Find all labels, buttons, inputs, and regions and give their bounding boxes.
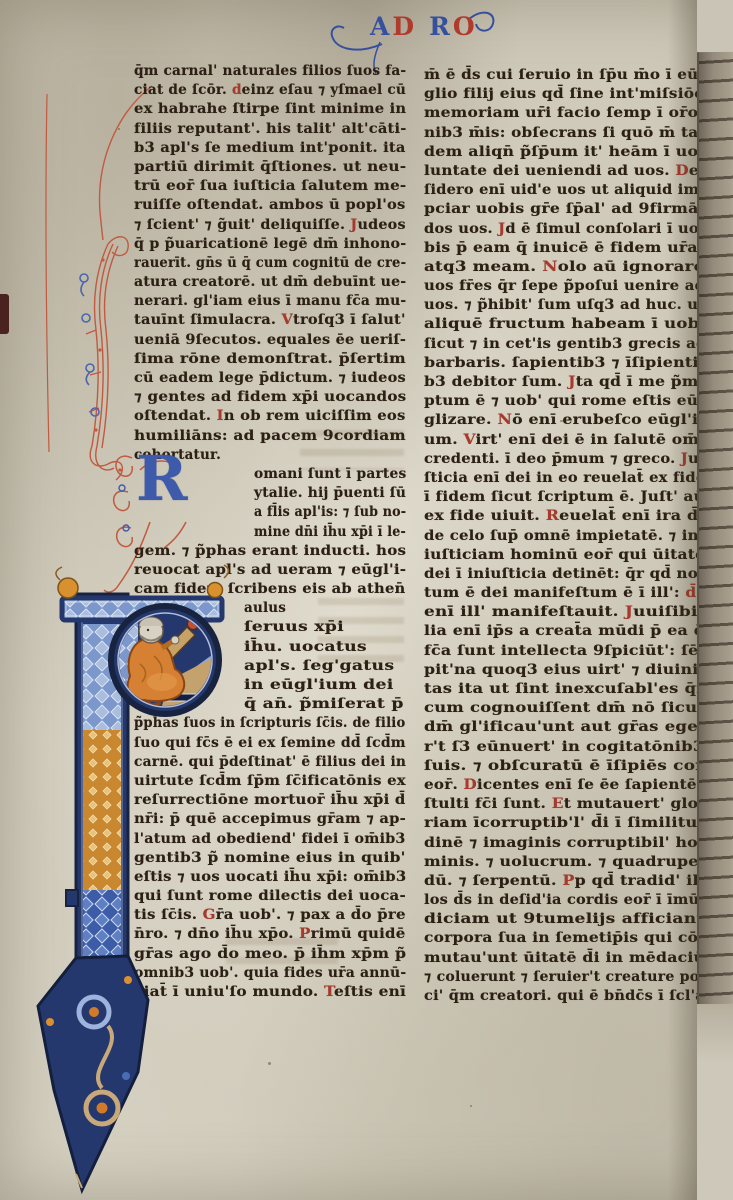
text-line: ci' q̄m creatori. qui ē bn̄dc̄s ī ſcl'a xyxy=(424,988,705,1007)
text-line: l'atum ad obediend' fidei ī om̄ib3 xyxy=(134,831,406,850)
rubricated-letter: V xyxy=(464,432,476,448)
text-run: r̄a uob'. ⁊ pax a d̄o p̄re xyxy=(216,907,406,923)
text-run: carnē. qui p̄deſtinat' ē filius dei in xyxy=(134,754,406,770)
text-line: nib3 m̄is: obſecrans ſi quō m̄ ta- xyxy=(424,125,705,144)
text-line: rauerīt. gn̄s ū q̄ cum cognitū de cre- xyxy=(134,255,406,274)
text-run: nib3 m̄is: obſecrans ſi quō m̄ ta- xyxy=(424,125,705,141)
text-run: a fl̄is apl'is: ⁊ ſub no- xyxy=(254,504,406,520)
text-run: memoriam ur̄i facio ſemp ī or̄o- xyxy=(424,105,705,121)
text-run: omnib3 uob'. quia fides ur̄a annū- xyxy=(134,965,406,981)
text-run: apl's. ſeg'gatus xyxy=(244,658,394,674)
text-line: corpora ſua in ſemetip̄is qui cō- xyxy=(424,930,705,949)
rubricated-letter: N xyxy=(542,259,557,275)
text-line: ptum ē ⁊ uob' qui rome eſtis eū- xyxy=(424,393,705,412)
text-run: partiū dirimit q̄ſtiones. ut neu- xyxy=(134,159,406,175)
text-run: uos fr̄es q̄r ſepe p̃poſui uenire ad xyxy=(424,278,705,294)
tail-vine xyxy=(98,1026,112,1088)
text-line: riam īcorruptib'l' d̄i ī ſimilitu- xyxy=(424,815,705,834)
text-run: dinē ⁊ imaginis corruptibil' ho- xyxy=(424,835,705,851)
text-run: dem aliqn̄ p̃ſp̄um it' heām ī uo- xyxy=(424,144,705,160)
text-run: uirtute ſcd̄m ſp̄m ſc̄ificatōnis ex xyxy=(134,773,406,789)
rubricated-letter: R xyxy=(546,508,559,524)
text-run: ſidero enī uid'e uos ut aliquid im- xyxy=(424,182,705,198)
rubricated-letter: P xyxy=(299,926,310,942)
rubricated-letter: D xyxy=(463,777,476,793)
binding-mark xyxy=(0,294,9,334)
text-line: ſima rōne demonſtrat. p̄ſertim xyxy=(134,351,406,370)
text-run: mine dn̄i ih̄u xp̄i ī le- xyxy=(254,524,406,540)
rubricated-letter: G xyxy=(203,907,216,923)
text-run: ⁊ gentes ad fidem xp̄i uocandos xyxy=(134,389,406,405)
text-run: luntate dei ueniendi ad uos. xyxy=(424,163,675,179)
text-run: aulus xyxy=(244,600,286,616)
text-line: tauīnt ſimulacra. Vtroſq3 ī ſalut' xyxy=(134,312,406,331)
text-run: troſq3 ī ſalut' xyxy=(293,312,406,328)
text-run: enī ill' manifeſtauit. xyxy=(424,604,625,620)
text-run: pit'na quoq3 eius uirt' ⁊ diuini- xyxy=(424,662,705,678)
text-run: atq3 meam. xyxy=(424,259,542,275)
rubricated-letter: I xyxy=(217,408,224,424)
text-line: memoriam ur̄i facio ſemp ī or̄o- xyxy=(424,105,705,124)
text-run: gr̄as ago d̄o meo. p̄ ih̄m xp̄m p̃ xyxy=(134,946,406,962)
text-line: nr̄i: p̄ quē accepimus gr̄am ⁊ ap- xyxy=(134,811,406,830)
initial-r: R xyxy=(136,448,188,510)
text-line: diciam ut 9tumelijs afficiant xyxy=(424,911,705,930)
rubricated-letter: J xyxy=(498,221,505,237)
text-line: ueniā 9ſecutos. equales ēe ueriſ- xyxy=(134,332,406,351)
text-line: ſicut ⁊ in cet'is gentib3 grecis ac xyxy=(424,336,705,355)
stain-dot xyxy=(268,1062,271,1065)
text-line: aulus xyxy=(134,600,406,619)
tail-spiral xyxy=(86,1092,118,1124)
text-line: atq3 meam. Nolo aū ignorare xyxy=(424,259,705,278)
text-line: fc̄a ſunt intellecta 9ſpiciūt': ſē- xyxy=(424,643,705,662)
text-run: rimū quidē xyxy=(311,926,406,942)
text-run: diciam ut 9tumelijs afficiant xyxy=(424,911,705,927)
red-penwork-dots xyxy=(94,258,121,471)
text-run: iuſticiam hominū eor̄ qui ūitatē xyxy=(424,547,705,563)
text-run: udeos xyxy=(357,217,405,233)
text-line: pit'na quoq3 eius uirt' ⁊ diuini- xyxy=(424,662,705,681)
stain-dot xyxy=(470,1105,472,1107)
text-run: eor̄. xyxy=(424,777,463,793)
running-header: ADRO xyxy=(370,12,476,42)
text-run: ⁊ coluerunt ⁊ ſeruier't creature po- xyxy=(424,969,705,985)
text-line: mutau'unt ūitatē d̄i in mēdaciū xyxy=(424,950,705,969)
text-line: atura creatorē. ut dm̄ debuīnt ue- xyxy=(134,274,406,293)
text-run: b3 apl's ſe medium int'ponit. ita xyxy=(134,140,406,156)
text-run: pciar uobis gr̄e ſp̄al' ad 9firmā- xyxy=(424,201,705,217)
text-run: de celo ſup̄ omnē impietatē. ⁊ in- xyxy=(424,528,705,544)
text-run: gem. ⁊ p̃phas erant inducti. hos xyxy=(134,543,406,559)
text-line: cū eadem lege p̄dictum. ⁊ iudeos xyxy=(134,370,406,389)
text-run: ruiſſe oſtendat. ambos ū popl'os xyxy=(134,197,406,213)
text-run: cū eadem lege p̄dictum. ⁊ iudeos xyxy=(134,370,406,386)
text-line: qui ſunt rome dilectis dei uoca- xyxy=(134,888,406,907)
text-line: los d̄s in deſid'ia cordis eor̄ ī īmū- xyxy=(424,892,705,911)
text-run: atura creatorē. ut dm̄ debuīnt ue- xyxy=(134,274,406,290)
text-line: b3 apl's ſe medium int'ponit. ita xyxy=(134,140,406,159)
text-line: nerari. gl'iam eius ī manu fc̄a mu- xyxy=(134,293,406,312)
text-run: ſtulti fc̄i ſunt. xyxy=(424,796,552,812)
text-line: uos. ⁊ p̃hibit' ſum uſq3 ad huc. ut xyxy=(424,297,705,316)
text-run: nerari. gl'iam eius ī manu fc̄a mu- xyxy=(134,293,406,309)
initial-r-blue-accents xyxy=(119,485,129,531)
text-run: mutau'unt ūitatē d̄i in mēdaciū xyxy=(424,950,705,966)
text-line: ⁊ coluerunt ⁊ ſeruier't creature po- xyxy=(424,969,705,988)
text-line: bis p̄ eam q̄ inuicē ē fidem ur̄a- xyxy=(424,240,705,259)
text-run: uos. ⁊ p̃hibit' ſum uſq3 ad huc. ut xyxy=(424,297,705,313)
text-run: in eūgl'ium dei xyxy=(244,677,394,693)
text-line: tas ita ut ſint inexcuſabl'es q̄r xyxy=(424,681,705,700)
text-line: ex fide uiuit. Reuelat̄ enī ira d̄i xyxy=(424,508,705,527)
text-run: bis p̄ eam q̄ inuicē ē fidem ur̄a- xyxy=(424,240,704,256)
text-run: um. xyxy=(424,432,464,448)
text-run: ci' q̄m creatori. qui ē bn̄dc̄s ī ſcl'a xyxy=(424,988,705,1004)
text-run: q̄ p p̃uaricationē legē dm̄ inhono- xyxy=(134,236,406,252)
fore-edge-strip xyxy=(697,0,733,1200)
text-line: ruiſſe oſtendat. ambos ū popl'os xyxy=(134,197,406,216)
text-run: ī fidem ſicut ſcriptum ē. Juſt' aū xyxy=(424,489,705,505)
text-line: dem aliqn̄ p̃ſp̄um it' heām ī uo- xyxy=(424,144,705,163)
text-line: gr̄as ago d̄o meo. p̄ ih̄m xp̄m p̃ xyxy=(134,946,406,965)
text-run: riam īcorruptib'l' d̄i ī ſimilitu- xyxy=(424,815,705,831)
text-line: reuocat apl's ad ueram ⁊ eūgl'i- xyxy=(134,562,406,581)
text-run: credenti. ī deo p̄mum ⁊ greco. xyxy=(424,451,681,467)
text-run: reuocat apl's ad ueram ⁊ eūgl'i- xyxy=(134,562,406,578)
text-line: dos uos. Jd ē ſimul conſolari ī uo- xyxy=(424,221,705,240)
text-run: qui ſunt rome dilectis dei uoca- xyxy=(134,888,406,904)
text-run: gentib3 p̃ nomine eius in quib' xyxy=(134,850,406,866)
text-run: dm̄ gl'ificau'unt aut gr̄as ege- xyxy=(424,719,705,735)
text-run: aliquē fructum habeam ī uob' xyxy=(424,316,705,332)
text-run: einz eſau ⁊ yſmael cū xyxy=(242,82,406,98)
text-line: minis. ⁊ uolucrum. ⁊ quadrupe- xyxy=(424,854,705,873)
text-run: ſuo qui fc̄s ē ei ex ſemine dd̄ ſcd̄m xyxy=(134,735,406,751)
text-run: b3 debitor ſum. xyxy=(424,374,568,390)
text-run: ytalie. hij p̄uenti ſū xyxy=(254,485,406,501)
header-letter: A xyxy=(370,12,390,42)
text-run: lia enī ip̄s a creat̄a mūdi p̄ ea q̄ xyxy=(424,623,705,639)
text-run: tum ē dei manifeſtum ē ī ill': xyxy=(424,585,685,601)
text-run: minis. ⁊ uolucrum. ⁊ quadrupe- xyxy=(424,854,705,870)
text-line: ſuis. ⁊ obſcuratū ē īſipiēs cor xyxy=(424,758,705,777)
rubricated-letter: P xyxy=(563,873,575,889)
text-run: ſicut ⁊ in cet'is gentib3 grecis ac xyxy=(424,336,705,352)
header-letter: R xyxy=(429,12,451,42)
text-line: dū. ⁊ ſerpentū. Pp qd̄ tradid' il- xyxy=(424,873,705,892)
text-run: p̃phas ſuos in ſcripturis ſc̄is. de fili… xyxy=(134,715,405,731)
text-run: eſtis ⁊ uos uocati ih̄u xp̄i: om̄ib3 xyxy=(134,869,406,885)
text-line: oſtendat. In ob rem uiciſſim eos xyxy=(134,408,406,427)
initial-p-tail xyxy=(38,956,148,1190)
text-run: ptum ē ⁊ uob' qui rome eſtis eū- xyxy=(424,393,705,409)
text-line: ſticia enī dei in eo reuelat̄ ex fide xyxy=(424,470,705,489)
text-line: b3 debitor ſum. Jta qd̄ ī me p̃m- xyxy=(424,374,705,393)
text-line: lia enī ip̄s a creat̄a mūdi p̄ ea q̄ xyxy=(424,623,705,642)
text-line: ſeruus xp̄i xyxy=(134,619,406,638)
text-run: q̄m carnal' naturales filios ſuos fa- xyxy=(134,63,406,79)
text-run: tis ſc̄is. xyxy=(134,907,203,923)
text-line: apl's. ſeg'gatus xyxy=(134,658,406,677)
text-line: trū eor̄ ſua iuſticia ſalutem me- xyxy=(134,178,406,197)
text-line: ⁊ gentes ad fidem xp̄i uocandos xyxy=(134,389,406,408)
text-line: ⁊ ſcient' ⁊ g̃uit' deliquiſſe. Judeos xyxy=(134,217,406,236)
text-line: in eūgl'ium dei xyxy=(134,677,406,696)
text-run: fc̄a ſunt intellecta 9ſpiciūt': ſē- xyxy=(424,643,705,659)
text-run: dei ī iniuſticia detinēt: q̄r qd̄ no- xyxy=(424,566,704,582)
text-line: dm̄ gl'ificau'unt aut gr̄as ege- xyxy=(424,719,705,738)
text-line: gentib3 p̃ nomine eius in quib' xyxy=(134,850,406,869)
text-line: uos fr̄es q̄r ſepe p̃poſui uenire ad xyxy=(424,278,705,297)
text-run: glizare. xyxy=(424,412,497,428)
text-line: cum cognouiſſent dm̄ nō ſicut xyxy=(424,700,705,719)
text-line: ſtulti fc̄i ſunt. Et mutauert' glo- xyxy=(424,796,705,815)
header-letter: D xyxy=(392,12,415,42)
tail-spiral xyxy=(79,997,109,1027)
text-line: q̄ p p̃uaricationē legē dm̄ inhono- xyxy=(134,236,406,255)
text-run: tas ita ut ſint inexcuſabl'es q̄r xyxy=(424,681,705,697)
text-line: um. Virt' enī dei ē in ſalutē om̄i xyxy=(424,432,705,451)
text-line: de celo ſup̄ omnē impietatē. ⁊ in- xyxy=(424,528,705,547)
text-line: credenti. ī deo p̄mum ⁊ greco. Ju- xyxy=(424,451,705,470)
text-line: iuſticiam hominū eor̄ qui ūitatē xyxy=(424,547,705,566)
text-line: omnib3 uob'. quia fides ur̄a annū- xyxy=(134,965,406,984)
text-line: aliquē fructum habeam ī uob' xyxy=(424,316,705,335)
text-run: ciat̄ ī uniu'ſo mundo. xyxy=(134,984,324,1000)
text-line: filiis reputant'. his talit' alt'cāti- xyxy=(134,121,406,140)
text-run: ex habrahe ſtirpe ſint minime in xyxy=(134,101,406,117)
text-line: q̄ an̄. p̃miſerat p̄ xyxy=(134,696,406,715)
text-line: m̄ ē d̄s cui ſeruio in ſp̄u m̄o ī eū- xyxy=(424,67,705,86)
text-run: ueniā 9ſecutos. equales ēe ueriſ- xyxy=(134,332,406,348)
text-line: r't ſ3 eūnuert' in cogitatōnib3 xyxy=(424,739,705,758)
text-line: eor̄. Dicentes enī ſe ēe ſapientēs xyxy=(424,777,705,796)
text-run: dū. ⁊ ſerpentū. xyxy=(424,873,563,889)
text-run: glio filij eius qd̄ ſine int'miſsiōe xyxy=(424,86,704,102)
text-run: m̄ ē d̄s cui ſeruio in ſp̄u m̄o ī eū- xyxy=(424,67,705,83)
text-line: dinē ⁊ imaginis corruptibil' ho- xyxy=(424,835,705,854)
gutter-shadow xyxy=(668,0,698,1200)
text-line: uirtute ſcd̄m ſp̄m ſc̄ificatōnis ex xyxy=(134,773,406,792)
text-line: carnē. qui p̄deſtinat' ē filius dei in xyxy=(134,754,406,773)
fore-edge-bottom xyxy=(697,1004,733,1200)
text-run: ih̄u. uocatus xyxy=(244,639,367,655)
gold-ball xyxy=(58,578,78,598)
text-run: n̄ro. ⁊ dn̄o ih̄u xp̄o. xyxy=(134,926,299,942)
text-run: omani ſunt ī partes xyxy=(254,466,406,482)
fore-edge-top xyxy=(697,0,733,52)
rubricated-letter: V xyxy=(281,312,293,328)
text-run: l'atum ad obediend' fidei ī om̄ib3 xyxy=(134,831,406,847)
text-line: pciar uobis gr̄e ſp̄al' ad 9firmā- xyxy=(424,201,705,220)
text-line: ciat̄ ī uniu'ſo mundo. Teſtis enī xyxy=(134,984,406,1003)
text-line: eſtis ⁊ uos uocati ih̄u xp̄i: om̄ib3 xyxy=(134,869,406,888)
text-line: ſuo qui fc̄s ē ei ex ſemine dd̄ ſcd̄m xyxy=(134,735,406,754)
text-run: reſurrectiōne mortuor̄ ih̄u xp̄i d̄ xyxy=(134,792,406,808)
text-run: n ob rem uiciſſim eos xyxy=(224,408,406,424)
text-run: trū eor̄ ſua iuſticia ſalutem me- xyxy=(134,178,406,194)
text-line: ex habrahe ſtirpe ſint minime in xyxy=(134,101,406,120)
blue-penwork-spirals xyxy=(80,274,99,416)
text-run: rauerīt. gn̄s ū q̄ cum cognitū de cre- xyxy=(134,255,406,271)
text-line: partiū dirimit q̄ſtiones. ut neu- xyxy=(134,159,406,178)
text-line: cam fidem ſcribens eis ab athen̄ xyxy=(134,581,406,600)
text-line: barbaris. ſapientib3 ⁊ īſipienti- xyxy=(424,355,705,374)
text-line: tum ē dei manifeſtum ē ī ill': d̄s xyxy=(424,585,705,604)
text-run: nr̄i: p̄ quē accepimus gr̄am ⁊ ap- xyxy=(134,811,406,827)
text-run: ſticia enī dei in eo reuelat̄ ex fide xyxy=(424,470,705,486)
text-run: cum cognouiſſent dm̄ nō ſicut xyxy=(424,700,705,716)
rubricated-letter: d xyxy=(232,82,242,98)
text-run: r't ſ3 eūnuert' in cogitatōnib3 xyxy=(424,739,704,755)
text-line: glizare. Nō enī erubeſco eūgl'i- xyxy=(424,412,705,431)
text-run: filiis reputant'. his talit' alt'cāti- xyxy=(134,121,407,137)
right-text-column: m̄ ē d̄s cui ſeruio in ſp̄u m̄o ī eū-gli… xyxy=(424,67,705,1007)
text-run: ſima rōne demonſtrat. p̄ſertim xyxy=(134,351,406,367)
text-run: barbaris. ſapientib3 ⁊ īſipienti- xyxy=(424,355,706,371)
text-run: dos uos. xyxy=(424,221,498,237)
text-run: corpora ſua in ſemetip̄is qui cō- xyxy=(424,930,705,946)
text-run: ⁊ ſcient' ⁊ g̃uit' deliquiſſe. xyxy=(134,217,350,233)
text-line: tis ſc̄is. Gr̄a uob'. ⁊ pax a d̄o p̄re xyxy=(134,907,406,926)
text-line: reſurrectiōne mortuor̄ ih̄u xp̄i d̄ xyxy=(134,792,406,811)
rubricated-letter: E xyxy=(552,796,564,812)
text-line: luntate dei ueniendi ad uos. De- xyxy=(424,163,705,182)
text-line: ſidero enī uid'e uos ut aliquid im- xyxy=(424,182,705,201)
text-run: ex fide uiuit. xyxy=(424,508,546,524)
text-run: q̄ an̄. p̃miſerat p̄ xyxy=(244,696,404,712)
text-run: eſtis enī xyxy=(334,984,406,1000)
text-run: oſtendat. xyxy=(134,408,217,424)
manuscript-page: ADRO xyxy=(0,0,733,1200)
text-line: enī ill' manifeſtauit. Juuiſibi- xyxy=(424,604,705,623)
text-line: ih̄u. uocatus xyxy=(134,639,406,658)
text-line: q̄m carnal' naturales filios ſuos fa- xyxy=(134,63,406,82)
text-line: ciat de ſcōr. deinz eſau ⁊ yſmael cū xyxy=(134,82,406,101)
rubricated-letter: N xyxy=(497,412,512,428)
text-line: ī fidem ſicut ſcriptum ē. Juſt' aū xyxy=(424,489,705,508)
text-run: cam fidem ſcribens eis ab athen̄ xyxy=(134,581,405,597)
text-line: p̃phas ſuos in ſcripturis ſc̄is. de fili… xyxy=(134,715,406,734)
text-line: gem. ⁊ p̃phas erant inducti. hos xyxy=(134,543,406,562)
rubricated-letter: T xyxy=(324,984,334,1000)
stain-dot xyxy=(118,128,120,130)
text-run: ſuis. ⁊ obſcuratū ē īſipiēs cor xyxy=(424,758,704,774)
text-line: dei ī iniuſticia detinēt: q̄r qd̄ no- xyxy=(424,566,705,585)
text-line: n̄ro. ⁊ dn̄o ih̄u xp̄o. Primū quidē xyxy=(134,926,406,945)
text-line: glio filij eius qd̄ ſine int'miſsiōe xyxy=(424,86,705,105)
header-letter: O xyxy=(453,12,476,42)
text-run: ciat de ſcōr. xyxy=(134,82,232,98)
fore-edge-text-lines xyxy=(697,52,733,1004)
left-text-column: q̄m carnal' naturales filios ſuos fa-cia… xyxy=(134,63,406,1003)
text-run: tauīnt ſimulacra. xyxy=(134,312,281,328)
text-run: los d̄s in deſid'ia cordis eor̄ ī īmū- xyxy=(424,892,706,908)
text-run: ſeruus xp̄i xyxy=(244,619,344,635)
initial-p-stem xyxy=(66,594,128,960)
text-line: mine dn̄i ih̄u xp̄i ī le- xyxy=(134,524,406,543)
